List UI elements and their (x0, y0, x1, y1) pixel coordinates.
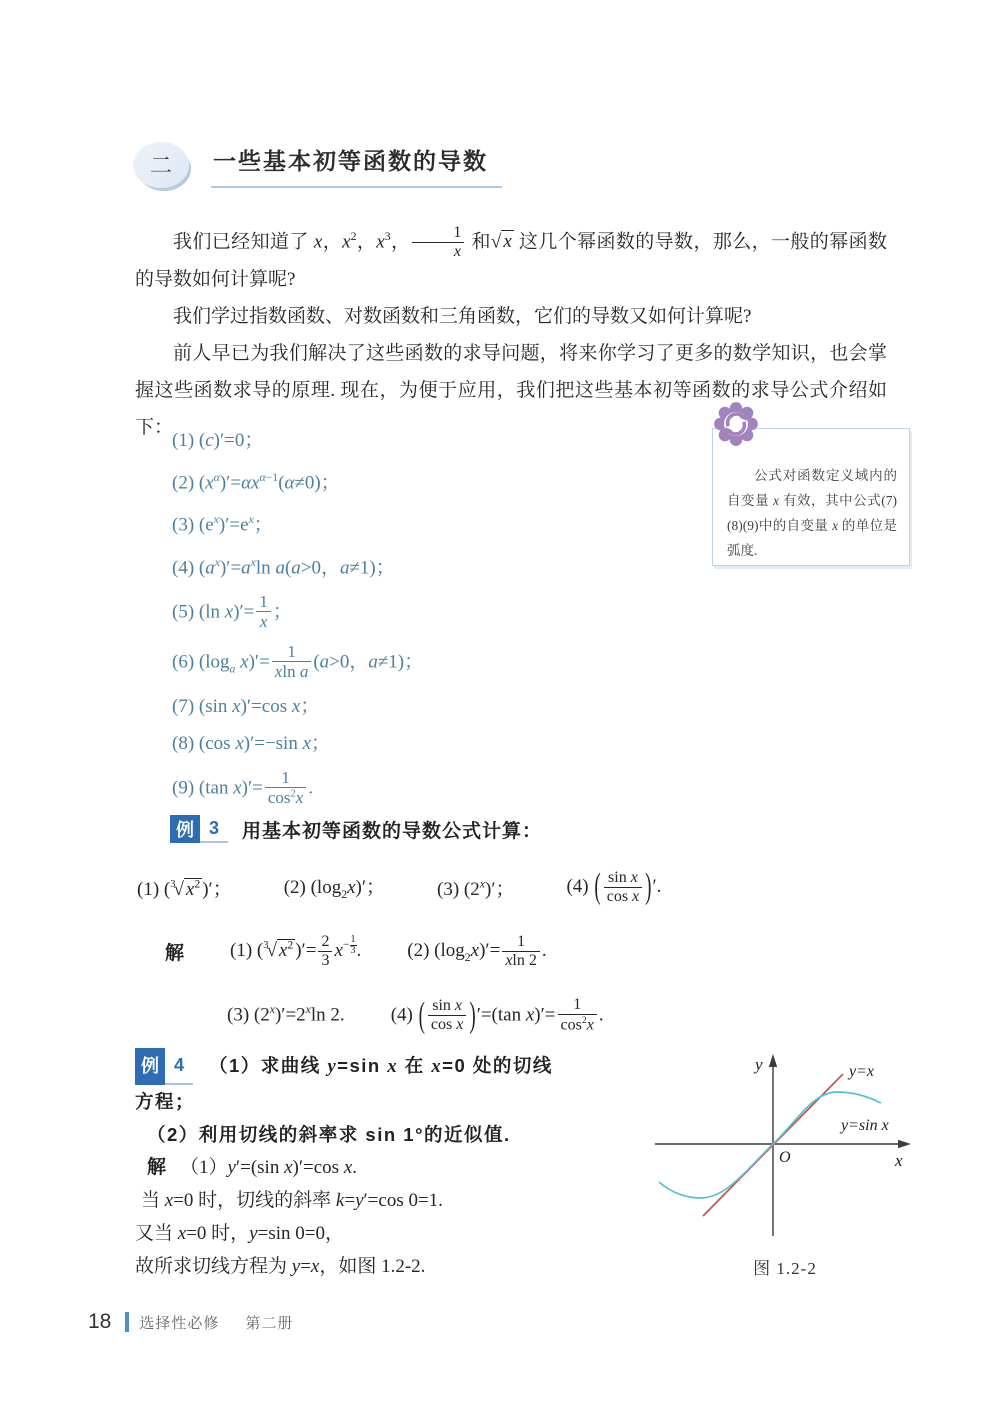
x-axis-arrow (898, 1140, 911, 1148)
textbook-page: 二 一些基本初等函数的导数 我们已经知道了 x，x2，x3，1x 和√x 这几个… (0, 0, 1000, 1422)
solution-4: (4) (sin xcos x)′=(tan x)′=1cos2x. (391, 996, 604, 1034)
intro-paragraphs: 我们已经知道了 x，x2，x3，1x 和√x 这几个幂函数的导数，那么，一般的幂… (135, 218, 887, 446)
section-number: 二 (150, 149, 172, 180)
formula-7: (7) (sin x)′=cos x； (172, 694, 712, 720)
example-badge-label: 例 (135, 1048, 165, 1085)
problem-4: (4) (sin xcos x)′. (566, 869, 661, 906)
example-4-badge: 例 4 (135, 1048, 193, 1085)
page-footer: 18 选择性必修 第二册 (88, 1310, 293, 1334)
formula-9: (9) (tan x)′=1cos2x. (172, 768, 712, 807)
footer-divider-bar (125, 1312, 129, 1332)
example-3-badge: 例 3 (170, 815, 228, 843)
problem-3: (3) (2x)′； (437, 874, 514, 901)
example-4: 例 4 （1）求曲线 y=sin x 在 x=0 处的切线 方程； （2）利用切… (135, 1048, 660, 1283)
example-3-solution-line-2: (3) (2x)′=2xln 2. (4) (sin xcos x)′=(tan… (227, 987, 795, 1043)
example-4-solution-line-2: 当 x=0 时，切线的斜率 k=y′=cos 0=1. (135, 1184, 660, 1217)
example-4-statement-line-1: （1）求曲线 y=sin x 在 x=0 处的切线 (209, 1049, 553, 1084)
sine-tangent-plot: y x O y=x y=sin x (645, 1046, 925, 1242)
solution-1: (1) (3√x2)′=23x−13. (230, 933, 361, 970)
sync-badge-icon (711, 399, 761, 449)
example-3-prompt: 用基本初等函数的导数公式计算： (242, 816, 542, 843)
origin-label: O (779, 1149, 791, 1166)
example-3: 例 3 用基本初等函数的导数公式计算： (1) (3√x2)′； (2) (lo… (135, 815, 795, 1043)
formula-4: (4) (ax)′=axln a(a>0，a≠1)； (172, 550, 712, 581)
margin-note-text: 公式对函数定义域内的自变量 x 有效，其中公式(7)(8)(9)中的自变量 x … (727, 463, 897, 563)
y-axis-arrow (769, 1054, 777, 1067)
example-4-solution-line-4: 故所求切线方程为 y=x，如图 1.2-2. (135, 1250, 660, 1283)
y-axis-label: y (753, 1055, 763, 1074)
example-3-problems: (1) (3√x2)′； (2) (log2x)′； (3) (2x)′； (4… (137, 861, 795, 913)
example-badge-number: 4 (165, 1048, 193, 1085)
x-axis-label: x (894, 1151, 903, 1170)
formula-2: (2) (xα)′=αxα−1(α≠0)； (172, 465, 712, 496)
solution-label: 解 (165, 938, 184, 965)
solution-label: 解 (147, 1157, 166, 1178)
example-4-statement-line-2: 方程； (135, 1085, 660, 1118)
problem-1: (1) (3√x2)′； (137, 874, 232, 901)
book-title: 选择性必修 (139, 1312, 219, 1333)
sine-curve-label: y=sin x (839, 1117, 889, 1134)
example-4-solution-line-3: 又当 x=0 时，y=sin 0=0， (135, 1217, 660, 1250)
example-4-statement-line-3: （2）利用切线的斜率求 sin 1°的近似值. (135, 1118, 660, 1151)
formula-5: (5) (ln x)′=1x； (172, 592, 712, 631)
formula-8: (8) (cos x)′=−sin x； (172, 731, 712, 757)
solution-step-1: （1）y′=(sin x)′=cos x. (180, 1157, 357, 1178)
solution-3: (3) (2x)′=2xln 2. (227, 1003, 345, 1026)
figure-caption: 图 1.2-2 (645, 1254, 925, 1279)
example-4-solution-line-1: 解（1）y′=(sin x)′=cos x. (135, 1151, 660, 1184)
formula-1: (1) (c)′=0； (172, 428, 712, 454)
derivative-formula-list: (1) (c)′=0； (2) (xα)′=αxα−1(α≠0)； (3) (e… (172, 428, 712, 818)
intro-paragraph-2: 我们学过指数函数、对数函数和三角函数，它们的导数又如何计算呢? (135, 298, 887, 335)
section-header: 二 一些基本初等函数的导数 (133, 141, 502, 188)
formula-3: (3) (ex)′=ex； (172, 507, 712, 538)
intro-paragraph-1: 我们已经知道了 x，x2，x3，1x 和√x 这几个幂函数的导数，那么，一般的幂… (135, 218, 887, 298)
problem-2: (2) (log2x)′； (284, 872, 385, 902)
solution-2: (2) (log2x)′=1xln 2. (407, 933, 546, 970)
section-number-badge: 二 (133, 142, 189, 188)
example-3-header: 例 3 用基本初等函数的导数公式计算： (170, 815, 795, 843)
sine-curve (659, 1092, 881, 1198)
margin-note-box: 公式对函数定义域内的自变量 x 有效，其中公式(7)(8)(9)中的自变量 x … (712, 428, 910, 566)
formula-6: (6) (loga x)′=1xln a(a>0，a≠1)； (172, 642, 712, 682)
example-badge-label: 例 (170, 815, 200, 843)
example-badge-number: 3 (200, 815, 228, 843)
figure-1-2-2: y x O y=x y=sin x 图 1.2-2 (645, 1046, 925, 1279)
volume-title: 第二册 (245, 1312, 293, 1333)
section-title: 一些基本初等函数的导数 (211, 141, 502, 188)
page-number: 18 (88, 1310, 111, 1334)
example-3-solution-line-1: 解 (1) (3√x2)′=23x−13. (2) (log2x)′=1xln … (165, 925, 795, 977)
tangent-line-label: y=x (847, 1063, 874, 1080)
example-4-header: 例 4 （1）求曲线 y=sin x 在 x=0 处的切线 (135, 1048, 660, 1085)
